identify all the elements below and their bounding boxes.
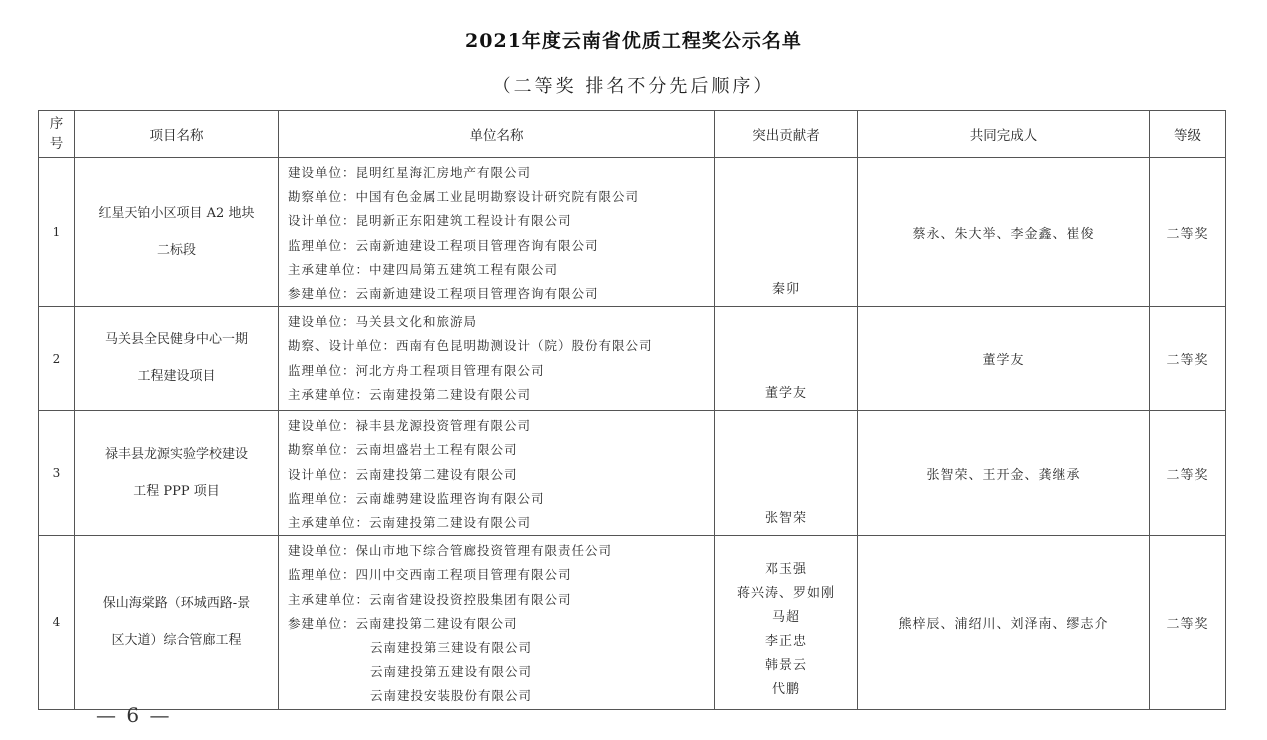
table-row: 1 红星天铂小区项目 A2 地块 二标段 建设单位：昆明红星海汇房地产有限公司 …	[39, 158, 1226, 307]
row-project: 禄丰县龙源实验学校建设 工程 PPP 项目	[75, 411, 279, 536]
unit-line: 监理单位：河北方舟工程项目管理有限公司	[288, 359, 706, 383]
row-units: 建设单位：禄丰县龙源投资管理有限公司 勘察单位：云南坦盛岩土工程有限公司 设计单…	[279, 411, 715, 536]
header-project: 项目名称	[75, 111, 279, 158]
row-contributor: 邓玉强 蒋兴涛、罗如刚 马超 李正忠 韩景云 代鹏	[715, 536, 858, 709]
unit-line: 建设单位：禄丰县龙源投资管理有限公司	[288, 414, 706, 438]
table-row: 2 马关县全民健身中心一期 工程建设项目 建设单位：马关县文化和旅游局 勘察、设…	[39, 307, 1226, 411]
row-co-completers: 张智荣、王开金、龚继承	[858, 411, 1150, 536]
unit-line: 监理单位：四川中交西南工程项目管理有限公司	[288, 563, 706, 587]
header-contributor: 突出贡献者	[715, 111, 858, 158]
row-grade: 二等奖	[1150, 411, 1226, 536]
row-project: 马关县全民健身中心一期 工程建设项目	[75, 307, 279, 411]
unit-line: 参建单位：云南建投第二建设有限公司	[288, 612, 706, 636]
unit-line: 主承建单位：中建四局第五建筑工程有限公司	[288, 258, 706, 282]
row-seq: 1	[39, 158, 75, 307]
row-contributor: 张智荣	[715, 411, 858, 536]
page-number: — 6 —	[96, 703, 171, 727]
unit-line: 主承建单位：云南省建设投资控股集团有限公司	[288, 588, 706, 612]
unit-line: 云南建投第五建设有限公司	[288, 660, 706, 684]
row-project: 红星天铂小区项目 A2 地块 二标段	[75, 158, 279, 307]
table-row: 3 禄丰县龙源实验学校建设 工程 PPP 项目 建设单位：禄丰县龙源投资管理有限…	[39, 411, 1226, 536]
unit-line: 设计单位：云南建投第二建设有限公司	[288, 463, 706, 487]
row-seq: 3	[39, 411, 75, 536]
header-seq: 序 号	[39, 111, 75, 158]
unit-line: 勘察单位：云南坦盛岩土工程有限公司	[288, 438, 706, 462]
document-subtitle: （二等奖 排名不分先后顺序）	[0, 72, 1267, 98]
row-units: 建设单位：保山市地下综合管廊投资管理有限责任公司 监理单位：四川中交西南工程项目…	[279, 536, 715, 709]
row-seq: 2	[39, 307, 75, 411]
row-units: 建设单位：昆明红星海汇房地产有限公司 勘察单位：中国有色金属工业昆明勘察设计研究…	[279, 158, 715, 307]
row-grade: 二等奖	[1150, 307, 1226, 411]
row-units: 建设单位：马关县文化和旅游局 勘察、设计单位：西南有色昆明勘测设计（院）股份有限…	[279, 307, 715, 411]
row-grade: 二等奖	[1150, 536, 1226, 709]
unit-line: 主承建单位：云南建投第二建设有限公司	[288, 383, 706, 407]
unit-line: 主承建单位：云南建投第二建设有限公司	[288, 511, 706, 535]
unit-line: 勘察、设计单位：西南有色昆明勘测设计（院）股份有限公司	[288, 334, 706, 358]
unit-line: 云南建投第三建设有限公司	[288, 636, 706, 660]
unit-line: 参建单位：云南新迪建设工程项目管理咨询有限公司	[288, 282, 706, 306]
unit-line: 建设单位：马关县文化和旅游局	[288, 310, 706, 334]
unit-line: 勘察单位：中国有色金属工业昆明勘察设计研究院有限公司	[288, 185, 706, 209]
unit-line: 云南建投安装股份有限公司	[288, 684, 706, 708]
row-co-completers: 熊梓辰、浦绍川、刘泽南、缪志介	[858, 536, 1150, 709]
header-grade: 等级	[1150, 111, 1226, 158]
document-title: 2021年度云南省优质工程奖公示名单	[0, 26, 1267, 53]
header-units: 单位名称	[279, 111, 715, 158]
table-header-row: 序 号 项目名称 单位名称 突出贡献者 共同完成人 等级	[39, 111, 1226, 158]
header-co-completers: 共同完成人	[858, 111, 1150, 158]
row-contributor: 董学友	[715, 307, 858, 411]
unit-line: 建设单位：保山市地下综合管廊投资管理有限责任公司	[288, 539, 706, 563]
row-co-completers: 蔡永、朱大举、李金鑫、崔俊	[858, 158, 1150, 307]
unit-line: 监理单位：云南雄骋建设监理咨询有限公司	[288, 487, 706, 511]
table-row: 4 保山海棠路（环城西路-景 区大道）综合管廊工程 建设单位：保山市地下综合管廊…	[39, 536, 1226, 709]
unit-line: 建设单位：昆明红星海汇房地产有限公司	[288, 161, 706, 185]
unit-line: 设计单位：昆明新正东阳建筑工程设计有限公司	[288, 209, 706, 233]
row-project: 保山海棠路（环城西路-景 区大道）综合管廊工程	[75, 536, 279, 709]
unit-line: 监理单位：云南新迪建设工程项目管理咨询有限公司	[288, 234, 706, 258]
row-seq: 4	[39, 536, 75, 709]
row-contributor: 秦卯	[715, 158, 858, 307]
row-grade: 二等奖	[1150, 158, 1226, 307]
award-table: 序 号 项目名称 单位名称 突出贡献者 共同完成人 等级 1 红星天铂小区项目 …	[38, 110, 1226, 710]
row-co-completers: 董学友	[858, 307, 1150, 411]
